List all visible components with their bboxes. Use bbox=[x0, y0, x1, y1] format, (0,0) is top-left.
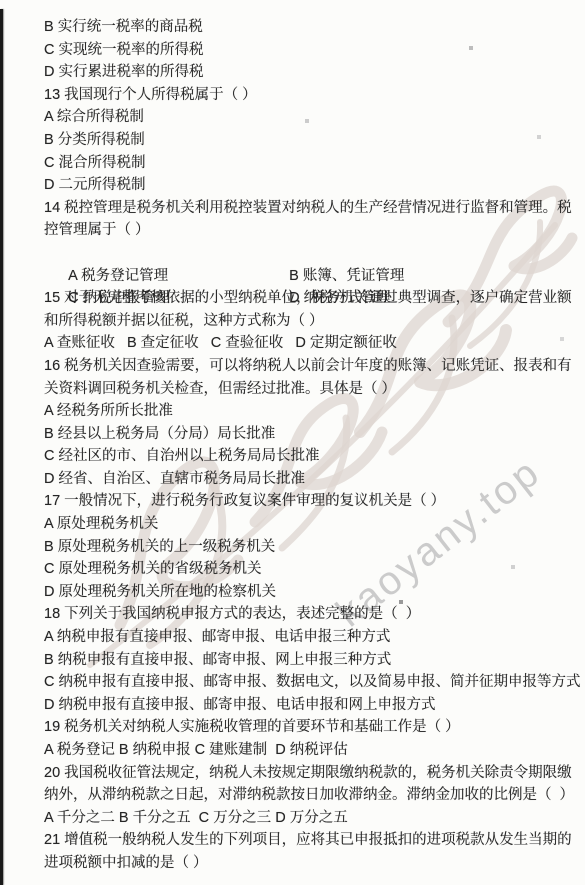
scan-edge-shadow bbox=[0, 9, 3, 885]
question-stem-line: 16 税务机关因查验需要，可以将纳税人以前会计年度的账簿、记账凭证、报表和有 bbox=[44, 355, 579, 378]
scan-noise-specks bbox=[0, 0, 2, 2]
question-stem-line: 20 我国税收征管法规定，纳税人未按规定期限缴纳税款的，税务机关除责令期限缴 bbox=[44, 762, 579, 785]
option-line: A 综合所得税制 bbox=[44, 106, 579, 129]
option-line: C 实现统一税率的所得税 bbox=[44, 39, 579, 62]
option-line: C 原处理税务机关的省级税务机关 bbox=[44, 558, 579, 581]
option-line: A 查账征收 B 查定征收 C 查验征收 D 定期定额征收 bbox=[44, 332, 579, 355]
option-line: B 经县以上税务局（分局）局长批准 bbox=[44, 423, 579, 446]
option-line: C 混合所得税制 bbox=[44, 152, 579, 175]
option-cell: B 账簿、凭证管理 bbox=[289, 268, 404, 284]
question-stem-line: 21 增值税一般纳税人发生的下列项目，应将其已申报抵扣的进项税款从发生当期的 bbox=[44, 829, 579, 852]
option-line: A 原处理税务机关 bbox=[44, 513, 579, 536]
question-stem-line: 19 税务机关对纳税人实施税收管理的首要环节和基础工作是（ ） bbox=[44, 716, 579, 739]
question-stem-line: 纳外，从滞纳税款之日起，对滞纳税款按日加收滞纳金。滞纳金加收的比例是（ ） bbox=[44, 784, 579, 807]
question-text-block: B 实行统一税率的商品税 C 实现统一税率的所得税 D 实行累进税率的所得税 1… bbox=[44, 16, 579, 875]
option-line: D 经省、自治区、直辖市税务局局长批准 bbox=[44, 468, 579, 491]
option-line: C 纳税申报有直接申报、邮寄申报、数据电文，以及简易申报、简并征期申报等方式 bbox=[44, 671, 579, 694]
option-cell: A 税务登记管理 bbox=[68, 265, 289, 288]
question-stem-line: 15 对于无完整考核依据的小型纳税单位，税务机关通过典型调查，逐户确定营业额 bbox=[44, 287, 579, 310]
option-line: D 实行累进税率的所得税 bbox=[44, 61, 579, 84]
option-line: B 原处理税务机关的上一级税务机关 bbox=[44, 536, 579, 559]
option-line: D 原处理税务机关所在地的检察机关 bbox=[44, 581, 579, 604]
question-stem-line: 进项税额中扣减的是（ ） bbox=[44, 852, 579, 875]
option-line: D 二元所得税制 bbox=[44, 174, 579, 197]
scanned-exam-page: kaoyany.top B 实行统一税率的商品税 C 实现统一税率的所得税 D … bbox=[0, 0, 585, 885]
question-stem-line: 14 税控管理是税务机关利用税控装置对纳税人的生产经营情况进行监督和管理。税 bbox=[44, 197, 579, 220]
option-line: B 纳税申报有直接申报、邮寄申报、网上申报三种方式 bbox=[44, 649, 579, 672]
option-line: A 千分之二 B 千分之五 C 万分之三 D 万分之五 bbox=[44, 807, 579, 830]
option-line: A 税务登记管理B 账簿、凭证管理 bbox=[44, 242, 579, 265]
question-stem-line: 关资料调回税务机关检查，但需经过批准。具体是（ ） bbox=[44, 378, 579, 401]
option-line: A 纳税申报有直接申报、邮寄申报、电话申报三种方式 bbox=[44, 626, 579, 649]
question-stem-line: 控管理属于（ ） bbox=[44, 219, 579, 242]
option-line: B 分类所得税制 bbox=[44, 129, 579, 152]
question-stem-line: 13 我国现行个人所得税属于（ ） bbox=[44, 84, 579, 107]
option-line: A 经税务所所长批准 bbox=[44, 400, 579, 423]
question-stem-line: 17 一般情况下，进行税务行政复议案件审理的复议机关是（ ） bbox=[44, 490, 579, 513]
option-line: A 税务登记 B 纳税申报 C 建账建制 D 纳税评估 bbox=[44, 739, 579, 762]
option-line: D 纳税申报有直接申报、邮寄申报、电话申报和网上申报方式 bbox=[44, 694, 579, 717]
question-stem-line: 和所得税额并据以征税，这种方式称为（ ） bbox=[44, 310, 579, 333]
option-line: B 实行统一税率的商品税 bbox=[44, 16, 579, 39]
option-line: C 经社区的市、自治州以上税务局局长批准 bbox=[44, 445, 579, 468]
question-stem-line: 18 下列关于我国纳税申报方式的表达，表述完整的是（ ） bbox=[44, 603, 579, 626]
